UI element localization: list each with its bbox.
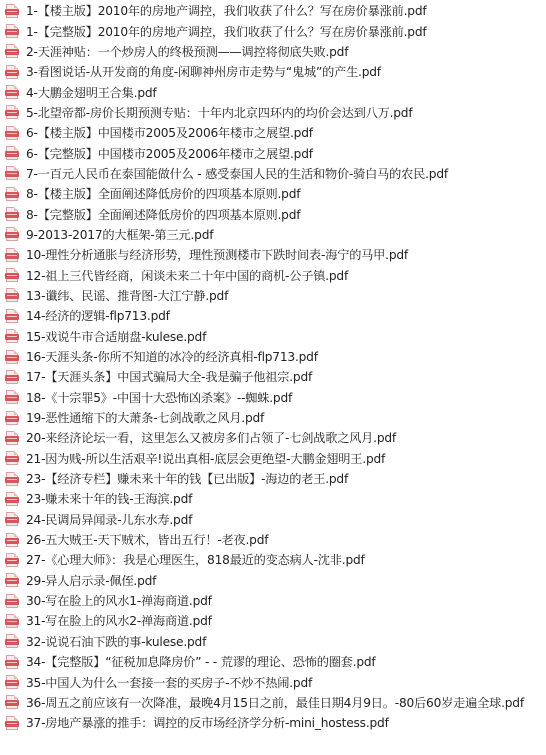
pdf-file-icon [5, 411, 21, 426]
file-name: 16-天涯头条-你所不知道的冰冷的经济真相-flp713.pdf [26, 347, 318, 367]
file-item[interactable]: 9-2013-2017的大框架-第三元.pdf [0, 225, 546, 245]
file-item[interactable]: 15-戏说牛市合适崩盘-kulese.pdf [0, 327, 546, 347]
file-item[interactable]: 17-【天涯头条】中国式骗局大全-我是骗子他祖宗.pdf [0, 367, 546, 387]
pdf-file-icon [5, 573, 21, 588]
file-item[interactable]: 3-看图说话-从开发商的角度-闲聊神州房市走势与“鬼城”的产生.pdf [0, 62, 546, 82]
file-name: 30-写在脸上的风水1-禅海商道.pdf [26, 591, 212, 611]
pdf-file-icon [5, 85, 21, 100]
file-name: 8-【完整版】全面阐述降低房价的四项基本原则.pdf [26, 205, 300, 225]
file-item[interactable]: 4-大鹏金翅明王合集.pdf [0, 82, 546, 102]
file-item[interactable]: 23-赚未来十年的钱-王海滨.pdf [0, 489, 546, 509]
pdf-file-icon [5, 390, 21, 405]
file-list: 1-【楼主版】2010年的房地产调控，我们收获了什么？写在房价暴涨前.pdf 1… [0, 0, 546, 733]
file-item[interactable]: 20-来经济论坛一看，这里怎么又被房多们占领了-七剑战歌之风月.pdf [0, 428, 546, 448]
file-item[interactable]: 10-理性分析通胀与经济形势，理性预测楼市下跌时间表-海宁的马甲.pdf [0, 245, 546, 265]
pdf-file-icon [5, 512, 21, 527]
file-item[interactable]: 16-天涯头条-你所不知道的冰冷的经济真相-flp713.pdf [0, 347, 546, 367]
file-item[interactable]: 7-一百元人民币在泰国能做什么 - 感受泰国人民的生活和物价-骑白马的农民.pd… [0, 164, 546, 184]
file-item[interactable]: 8-【楼主版】全面阐述降低房价的四项基本原则.pdf [0, 184, 546, 204]
file-name: 24-民调局异闻录-儿东水寿.pdf [26, 510, 192, 530]
pdf-file-icon [5, 146, 21, 161]
file-item[interactable]: 26-五大贼王-天下贼术，皆出五行！-老夜.pdf [0, 530, 546, 550]
file-item[interactable]: 14-经济的逻辑-flp713.pdf [0, 306, 546, 326]
pdf-file-icon [5, 716, 21, 731]
file-item[interactable]: 29-异人启示录-佩侄.pdf [0, 571, 546, 591]
file-item[interactable]: 1-【楼主版】2010年的房地产调控，我们收获了什么？写在房价暴涨前.pdf [0, 1, 546, 21]
pdf-file-icon [5, 594, 21, 609]
pdf-file-icon [5, 44, 21, 59]
file-name: 29-异人启示录-佩侄.pdf [26, 571, 156, 591]
pdf-file-icon [5, 187, 21, 202]
file-item[interactable]: 27-《心理大师》：我是心理医生，818最近的变态病人-沈非.pdf [0, 550, 546, 570]
file-item[interactable]: 2-天涯神贴：一个炒房人的终极预测——调控将彻底失败.pdf [0, 42, 546, 62]
pdf-file-icon [5, 105, 21, 120]
file-item[interactable]: 35-中国人为什么一套接一套的买房子-不炒不热闹.pdf [0, 672, 546, 692]
file-name: 17-【天涯头条】中国式骗局大全-我是骗子他祖宗.pdf [26, 367, 312, 387]
file-name: 13-谶纬、民谣、推背图-大江宁静.pdf [26, 286, 228, 306]
file-item[interactable]: 1-【完整版】2010年的房地产调控，我们收获了什么？写在房价暴涨前.pdf [0, 21, 546, 41]
file-name: 4-大鹏金翅明王合集.pdf [26, 83, 157, 103]
pdf-file-icon [5, 472, 21, 487]
pdf-file-icon [5, 126, 21, 141]
pdf-file-icon [5, 166, 21, 181]
file-name: 36-周五之前应该有一次降准，最晚4月15日之前，最佳日期4月9日。-80后60… [26, 693, 524, 713]
file-name: 20-来经济论坛一看，这里怎么又被房多们占领了-七剑战歌之风月.pdf [26, 428, 396, 448]
file-name: 1-【完整版】2010年的房地产调控，我们收获了什么？写在房价暴涨前.pdf [26, 22, 426, 42]
file-name: 32-说说石油下跌的事-kulese.pdf [26, 632, 206, 652]
file-name: 19-恶性通缩下的大萧条-七剑战歌之风月.pdf [26, 408, 264, 428]
pdf-file-icon [5, 288, 21, 303]
file-item[interactable]: 18-《十宗罪5》-中国十大恐怖凶杀案》--蜘蛛.pdf [0, 388, 546, 408]
file-item[interactable]: 30-写在脸上的风水1-禅海商道.pdf [0, 591, 546, 611]
file-name: 10-理性分析通胀与经济形势，理性预测楼市下跌时间表-海宁的马甲.pdf [26, 245, 408, 265]
pdf-file-icon [5, 65, 21, 80]
file-item[interactable]: 8-【完整版】全面阐述降低房价的四项基本原则.pdf [0, 204, 546, 224]
file-name: 7-一百元人民币在泰国能做什么 - 感受泰国人民的生活和物价-骑白马的农民.pd… [26, 164, 448, 184]
pdf-file-icon [5, 655, 21, 670]
file-name: 14-经济的逻辑-flp713.pdf [26, 306, 170, 326]
file-name: 21-因为贱-所以生活艰辛!说出真相-底层会更绝望-大鹏金翅明王.pdf [26, 449, 385, 469]
pdf-file-icon [5, 451, 21, 466]
file-name: 15-戏说牛市合适崩盘-kulese.pdf [26, 327, 206, 347]
file-name: 31-写在脸上的风水2-禅海商道.pdf [26, 611, 212, 631]
pdf-file-icon [5, 329, 21, 344]
file-name: 37-房地产暴涨的推手：调控的反市场经济学分析-mini_hostess.pdf [26, 713, 389, 733]
file-item[interactable]: 13-谶纬、民谣、推背图-大江宁静.pdf [0, 286, 546, 306]
file-item[interactable]: 12-祖上三代皆经商，闲谈未来二十年中国的商机-公子镇.pdf [0, 265, 546, 285]
file-item[interactable]: 21-因为贱-所以生活艰辛!说出真相-底层会更绝望-大鹏金翅明王.pdf [0, 449, 546, 469]
pdf-file-icon [5, 248, 21, 263]
pdf-file-icon [5, 634, 21, 649]
pdf-file-icon [5, 675, 21, 690]
file-name: 5-北望帝都-房价长期预测专贴：十年内北京四环内的均价会达到八万.pdf [26, 103, 412, 123]
file-item[interactable]: 19-恶性通缩下的大萧条-七剑战歌之风月.pdf [0, 408, 546, 428]
pdf-file-icon [5, 24, 21, 39]
file-name: 26-五大贼王-天下贼术，皆出五行！-老夜.pdf [26, 530, 268, 550]
file-item[interactable]: 34-【完整版】“征税加息降房价” - - 荒谬的理论、恐怖的圈套.pdf [0, 652, 546, 672]
file-item[interactable]: 36-周五之前应该有一次降准，最晚4月15日之前，最佳日期4月9日。-80后60… [0, 693, 546, 713]
file-name: 8-【楼主版】全面阐述降低房价的四项基本原则.pdf [26, 184, 300, 204]
file-name: 6-【完整版】中国楼市2005及2006年楼市之展望.pdf [26, 144, 313, 164]
pdf-file-icon [5, 695, 21, 710]
file-item[interactable]: 23-【经济专栏】赚未来十年的钱【已出版】-海边的老王.pdf [0, 469, 546, 489]
file-name: 34-【完整版】“征税加息降房价” - - 荒谬的理论、恐怖的圈套.pdf [26, 652, 376, 672]
pdf-file-icon [5, 309, 21, 324]
file-name: 18-《十宗罪5》-中国十大恐怖凶杀案》--蜘蛛.pdf [26, 388, 292, 408]
file-name: 23-【经济专栏】赚未来十年的钱【已出版】-海边的老王.pdf [26, 469, 348, 489]
pdf-file-icon [5, 431, 21, 446]
pdf-file-icon [5, 268, 21, 283]
pdf-file-icon [5, 492, 21, 507]
file-name: 1-【楼主版】2010年的房地产调控，我们收获了什么？写在房价暴涨前.pdf [26, 1, 426, 21]
pdf-file-icon [5, 350, 21, 365]
file-item[interactable]: 24-民调局异闻录-儿东水寿.pdf [0, 510, 546, 530]
file-item[interactable]: 5-北望帝都-房价长期预测专贴：十年内北京四环内的均价会达到八万.pdf [0, 103, 546, 123]
file-name: 3-看图说话-从开发商的角度-闲聊神州房市走势与“鬼城”的产生.pdf [26, 62, 381, 82]
pdf-file-icon [5, 553, 21, 568]
file-item[interactable]: 31-写在脸上的风水2-禅海商道.pdf [0, 611, 546, 631]
file-item[interactable]: 6-【楼主版】中国楼市2005及2006年楼市之展望.pdf [0, 123, 546, 143]
file-name: 2-天涯神贴：一个炒房人的终极预测——调控将彻底失败.pdf [26, 42, 348, 62]
pdf-file-icon [5, 614, 21, 629]
file-item[interactable]: 6-【完整版】中国楼市2005及2006年楼市之展望.pdf [0, 143, 546, 163]
pdf-file-icon [5, 533, 21, 548]
file-name: 27-《心理大师》：我是心理医生，818最近的变态病人-沈非.pdf [26, 550, 365, 570]
file-name: 23-赚未来十年的钱-王海滨.pdf [26, 489, 192, 509]
file-item[interactable]: 37-房地产暴涨的推手：调控的反市场经济学分析-mini_hostess.pdf [0, 713, 546, 733]
pdf-file-icon [5, 227, 21, 242]
file-name: 35-中国人为什么一套接一套的买房子-不炒不热闹.pdf [26, 673, 312, 693]
pdf-file-icon [5, 207, 21, 222]
file-name: 9-2013-2017的大框架-第三元.pdf [26, 225, 213, 245]
file-name: 12-祖上三代皆经商，闲谈未来二十年中国的商机-公子镇.pdf [26, 266, 348, 286]
pdf-file-icon [5, 370, 21, 385]
pdf-file-icon [5, 4, 21, 19]
file-name: 6-【楼主版】中国楼市2005及2006年楼市之展望.pdf [26, 123, 313, 143]
file-item[interactable]: 32-说说石油下跌的事-kulese.pdf [0, 632, 546, 652]
